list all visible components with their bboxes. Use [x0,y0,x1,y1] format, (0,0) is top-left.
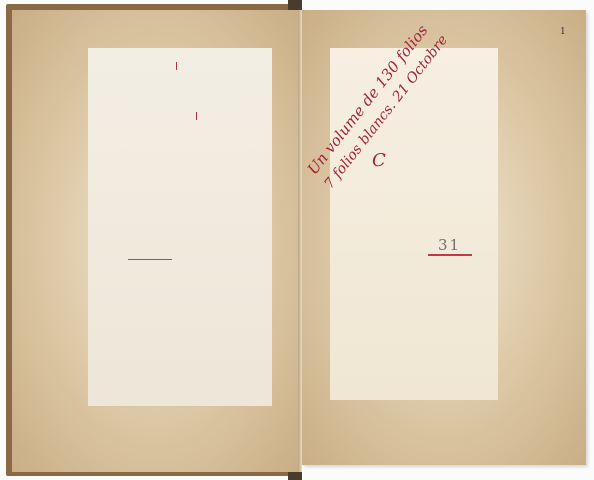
red-tick-mark [176,62,177,70]
folio-number: 31 [438,236,461,254]
folio-underline [428,254,472,256]
page-gutter [298,10,302,472]
red-tick-mark [196,112,197,120]
page-number: 1 [560,27,566,37]
left-page-paper-inlay [88,48,272,406]
annotation-initial: C [372,150,386,171]
red-underline-mark [128,259,172,260]
